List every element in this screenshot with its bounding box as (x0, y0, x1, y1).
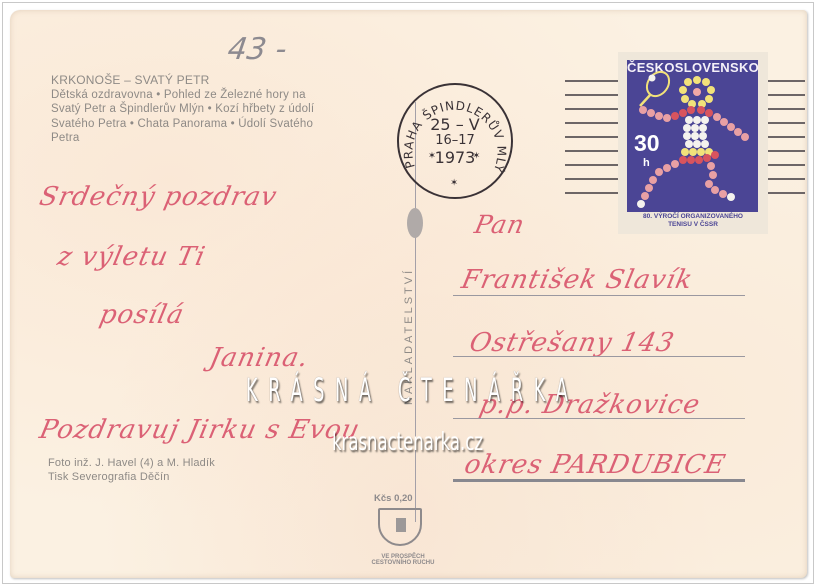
bead (639, 106, 647, 114)
caption-line: Svatého Petra • Chata Panorama • Údolí S… (51, 117, 314, 132)
caption-line: Petra (51, 131, 314, 146)
printed-caption: KRKONOŠE – SVATÝ PETR Dětská ozdravovna … (51, 73, 314, 146)
address-street: Ostřešany 143 (467, 328, 677, 358)
postmark-date: 25 – V (399, 115, 511, 134)
pencil-inventory-number: 43 - (226, 32, 289, 67)
bead (647, 109, 655, 117)
bead (671, 112, 679, 120)
message-line: posílá (97, 300, 187, 330)
postcard-back: 43 - KRKONOŠE – SVATÝ PETR Dětská ozdrav… (10, 10, 807, 578)
postage-stamp: ČESKOSLOVENSKO 30 h 80. VÝROČÍ ORGANIZOV… (618, 52, 768, 234)
credit-line: Foto inž. J. Havel (4) a M. Hladík (48, 456, 215, 470)
bead (727, 193, 735, 201)
caption-title: KRKONOŠE – SVATÝ PETR (51, 73, 314, 88)
bead (719, 190, 727, 198)
address-name: František Slavík (459, 265, 696, 295)
address-line (453, 295, 745, 296)
bead (655, 168, 663, 176)
postmark-time: 16–17 (399, 133, 511, 148)
bead (641, 192, 649, 200)
bead (655, 112, 663, 120)
bead (663, 114, 671, 122)
watermark-url: krasnactenarka.cz (332, 427, 483, 456)
stamp-image: ČESKOSLOVENSKO 30 h (627, 60, 758, 212)
watermark-title: KRÁSNÁ ČTENÁŘKA (246, 371, 578, 409)
stamp-caption-line: 80. VÝROČÍ ORGANIZOVANÉHO (618, 213, 768, 221)
bead (689, 148, 697, 156)
bead (702, 78, 710, 86)
bead (703, 154, 711, 162)
tax-stamp-value: Kčs 0,20 (374, 493, 413, 504)
bead (707, 162, 715, 170)
bead (711, 151, 719, 159)
bead (683, 124, 691, 132)
message-line: Srdečný pozdrav (37, 182, 280, 212)
bead (697, 106, 705, 114)
message-line: Pozdravuj Jirku s Evou (37, 415, 363, 445)
tax-stamp-arc-text: VE PROSPĚCH CESTOVNÍHO RUCHU (368, 554, 438, 566)
bead (679, 86, 687, 94)
photo-credit: Foto inž. J. Havel (4) a M. Hladík Tisk … (48, 456, 215, 484)
address-line (453, 356, 745, 357)
bead (671, 160, 679, 168)
bead (681, 148, 689, 156)
bead (705, 95, 713, 103)
caption-line: Dětská ozdravovna • Pohled ze Železné ho… (51, 88, 314, 103)
bead (693, 140, 701, 148)
credit-line: Tisk Severografia Děčín (48, 470, 215, 484)
bead (645, 184, 653, 192)
postmark: PRAHA ŠPINDLERŮV MLÝN ✶ ✶ ✶ 25 – V 16–17… (397, 83, 513, 199)
address-line (453, 418, 745, 419)
tax-stamp: Kčs 0,20 VE PROSPĚCH CESTOVNÍHO RUCHU (368, 496, 434, 560)
message-line: z výletu Ti (55, 242, 209, 272)
bead (701, 140, 709, 148)
address-salutation: Pan (472, 210, 528, 239)
bead (684, 78, 692, 86)
bead (695, 156, 703, 164)
address-line (453, 479, 745, 482)
bead (691, 124, 699, 132)
bead (699, 132, 707, 140)
bead (685, 116, 693, 124)
address-district: okres PARDUBICE (462, 450, 729, 480)
bead (707, 86, 715, 94)
bead (679, 156, 687, 164)
bead (693, 116, 701, 124)
caption-line: Svatý Petr a Špindlerův Mlýn • Kozí hřbe… (51, 102, 314, 117)
bead (701, 116, 709, 124)
bead (741, 133, 749, 141)
bead (685, 140, 693, 148)
bead (693, 88, 701, 96)
bead (683, 132, 691, 140)
bead (687, 106, 695, 114)
castle-shield-icon (378, 508, 422, 546)
bead (637, 200, 645, 208)
bead (693, 76, 701, 84)
bead (687, 156, 695, 164)
bead (711, 186, 719, 194)
bead (691, 132, 699, 140)
stamp-caption: 80. VÝROČÍ ORGANIZOVANÉHO TENISU V ČSSR (618, 213, 768, 228)
pressfoto-logo (407, 208, 423, 238)
bead (709, 171, 717, 179)
message-line-signature: Janina. (207, 343, 312, 373)
postmark-year: 1973 (399, 148, 511, 167)
svg-text:✶: ✶ (450, 177, 458, 188)
bead (699, 124, 707, 132)
bead (649, 176, 657, 184)
bead (663, 164, 671, 172)
stamp-caption-line: TENISU V ČSSR (618, 221, 768, 229)
